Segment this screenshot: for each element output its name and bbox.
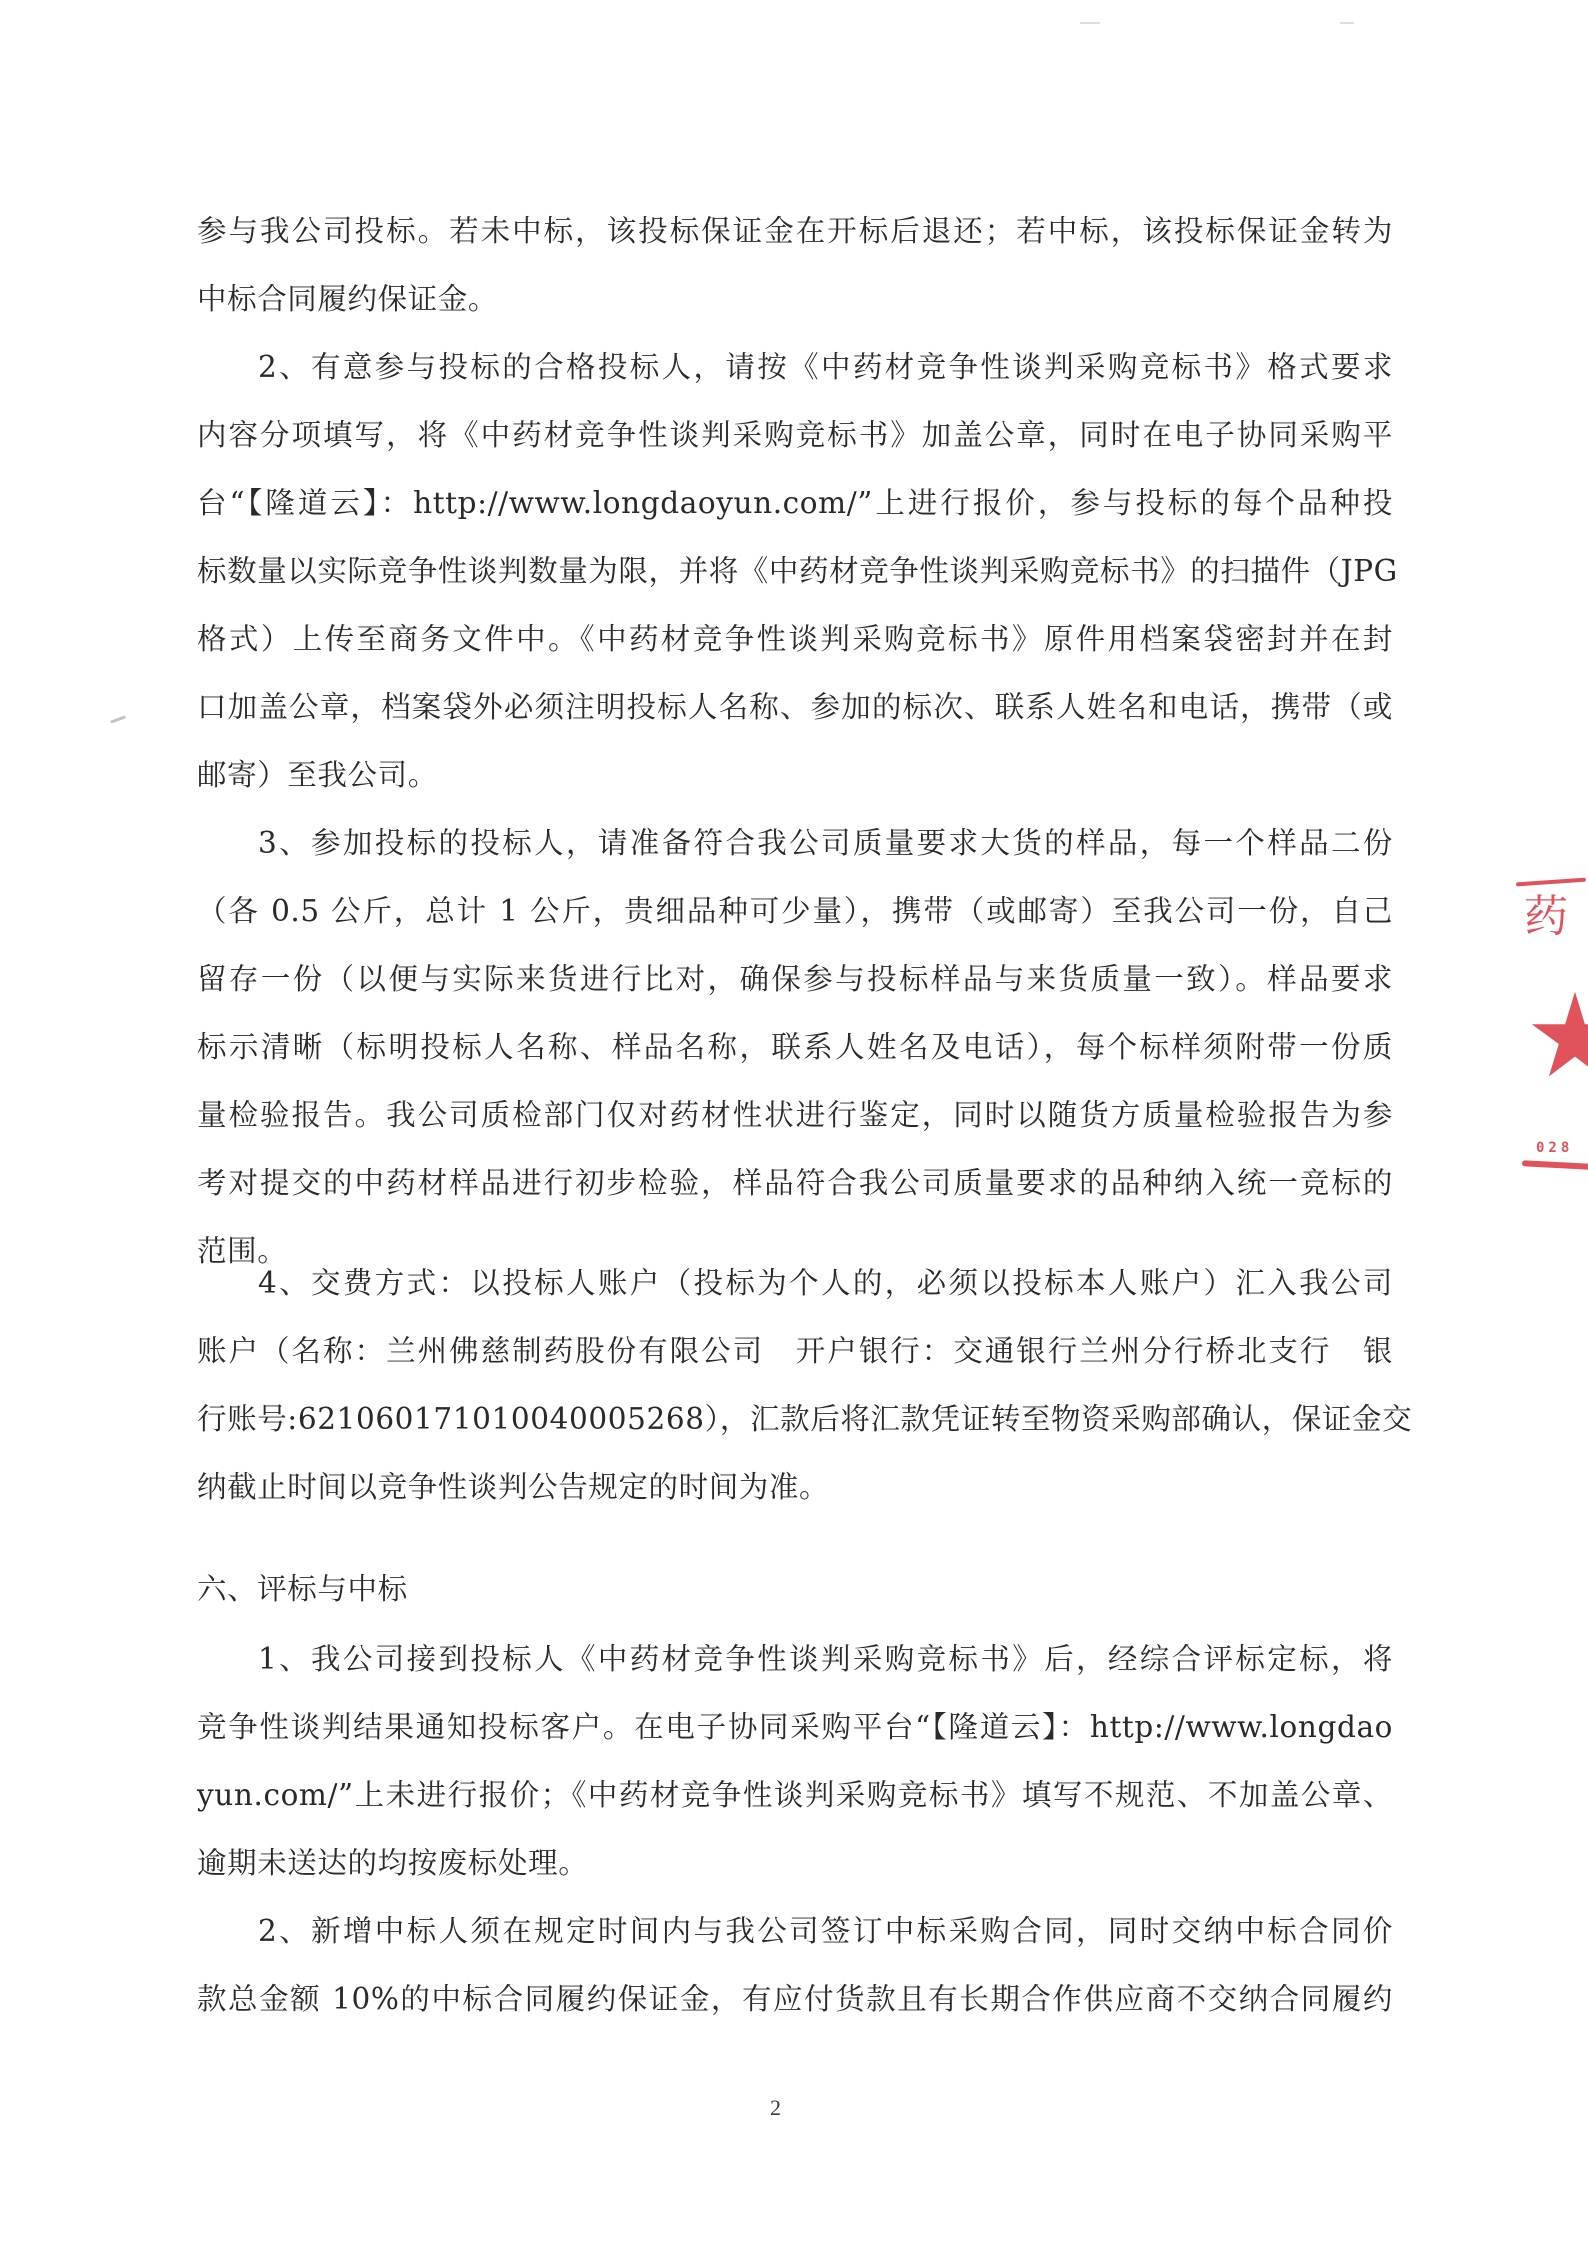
text-line: 2、有意参与投标的合格投标人，请按《中药材竞争性谈判采购竞标书》格式要求: [258, 349, 1393, 385]
text-line: 中标合同履约保证金。: [197, 281, 498, 317]
text-line: 参与我公司投标。若未中标，该投标保证金在开标后退还；若中标，该投标保证金转为: [197, 213, 1393, 249]
text-line: 4、交费方式：以投标人账户（投标为个人的，必须以投标本人账户）汇入我公司: [258, 1265, 1393, 1301]
text-line: 3、参加投标的投标人，请准备符合我公司质量要求大货的样品，每一个样品二份: [258, 825, 1393, 861]
text-line: 留存一份（以便与实际来货进行比对，确保参与投标样品与来货质量一致）。样品要求: [197, 961, 1393, 997]
text-line: 纳截止时间以竞争性谈判公告规定的时间为准。: [197, 1469, 829, 1505]
text-line: 台“【隆道云】：http://www.longdaoyun.com/”上进行报价…: [197, 485, 1393, 521]
text-line: 口加盖公章，档案袋外必须注明投标人名称、参加的标次、联系人姓名和电话，携带（或: [197, 689, 1393, 725]
text-line: 范围。: [197, 1233, 287, 1269]
text-line: 邮寄）至我公司。: [197, 757, 438, 793]
text-line: 逾期未送达的均按废标处理。: [197, 1845, 588, 1881]
text-line: 行账号:621060171010040005268），汇款后将汇款凭证转至物资采…: [197, 1401, 1393, 1437]
text-line: 内容分项填写，将《中药材竞争性谈判采购竞标书》加盖公章，同时在电子协同采购平: [197, 417, 1393, 453]
seal-arc: [1522, 1160, 1588, 1170]
scan-mark: [110, 715, 126, 723]
page-number: 2: [770, 2095, 781, 2121]
text-line: 账户（名称：兰州佛慈制药股份有限公司 开户银行：交通银行兰州分行桥北支行 银: [197, 1333, 1393, 1369]
text-line: 考对提交的中药材样品进行初步检验，样品符合我公司质量要求的品种纳入统一竞标的: [197, 1165, 1393, 1201]
section-heading: 六、评标与中标: [197, 1571, 408, 1607]
text-line: 2、新增中标人须在规定时间内与我公司签订中标采购合同，同时交纳中标合同价: [258, 1913, 1393, 1949]
seal-star-icon: [1530, 990, 1588, 1080]
text-line: 格式）上传至商务文件中。《中药材竞争性谈判采购竞标书》原件用档案袋密封并在封: [197, 621, 1393, 657]
text-line: 1、我公司接到投标人《中药材竞争性谈判采购竞标书》后，经综合评标定标，将: [258, 1641, 1393, 1677]
text-line: 量检验报告。我公司质检部门仅对药材性状进行鉴定，同时以随货方质量检验报告为参: [197, 1097, 1393, 1133]
scan-noise: [1080, 22, 1100, 24]
text-line: 标数量以实际竞争性谈判数量为限，并将《中药材竞争性谈判采购竞标书》的扫描件（JP…: [197, 553, 1393, 589]
scanned-document-page: 参与我公司投标。若未中标，该投标保证金在开标后退还；若中标，该投标保证金转为中标…: [0, 0, 1588, 2246]
text-line: 标示清晰（标明投标人名称、样品名称，联系人姓名及电话），每个标样须附带一份质: [197, 1029, 1393, 1065]
seal-arc: [1516, 878, 1586, 887]
scan-noise: [1340, 22, 1354, 24]
text-line: 款总金额 10%的中标合同履约保证金，有应付货款且有长期合作供应商不交纳合同履约: [197, 1981, 1393, 2017]
text-line: yun.com/”上未进行报价；《中药材竞争性谈判采购竞标书》填写不规范、不加盖…: [197, 1777, 1393, 1813]
seal-character: 药: [1524, 892, 1568, 942]
seal-number: 028: [1536, 1140, 1573, 1156]
text-line: 竞争性谈判结果通知投标客户。在电子协同采购平台“【隆道云】：http://www…: [197, 1709, 1393, 1745]
text-line: （各 0.5 公斤，总计 1 公斤，贵细品种可少量），携带（或邮寄）至我公司一份…: [197, 893, 1393, 929]
company-seal: 药 028: [1506, 870, 1588, 1180]
